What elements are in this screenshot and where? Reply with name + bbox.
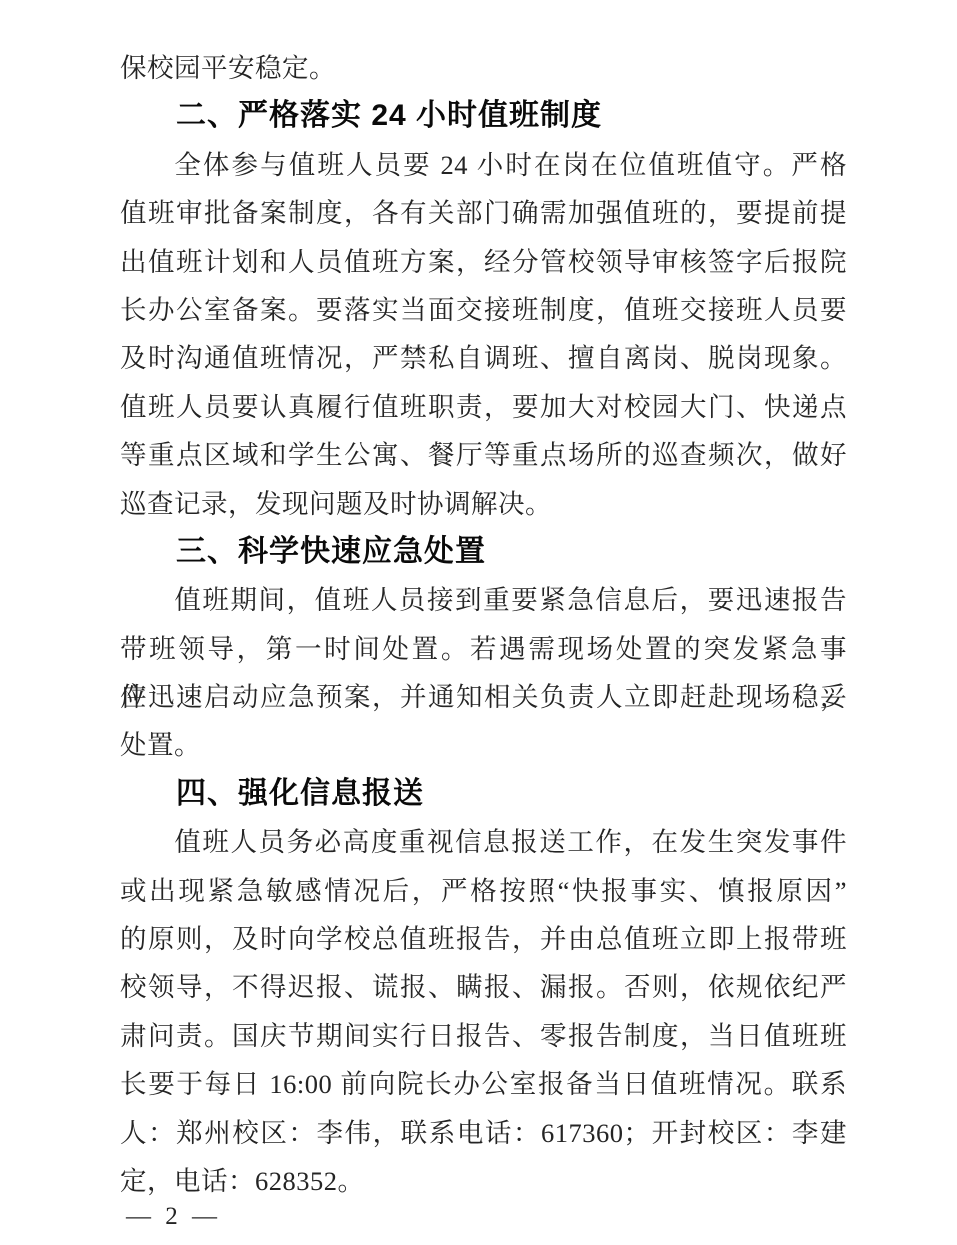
section-heading: 四、强化信息报送 — [120, 770, 847, 818]
text-line: 肃问责。国庆节期间实行日报告、零报告制度，当日值班班 — [120, 1012, 847, 1060]
text-line: 长办公室备案。要落实当面交接班制度，值班交接班人员要 — [120, 286, 847, 334]
document-page: 保校园平安稳定。二、严格落实 24 小时值班制度全体参与值班人员要 24 小时在… — [0, 0, 957, 1245]
section-heading: 二、严格落实 24 小时值班制度 — [120, 92, 847, 140]
text-line: 带班领导，第一时间处置。若遇需现场处置的突发紧急事件， — [120, 625, 847, 673]
text-line: 长要于每日 16:00 前向院长办公室报备当日值班情况。联系 — [120, 1060, 847, 1108]
text-line: 值班人员务必高度重视信息报送工作，在发生突发事件 — [120, 818, 847, 866]
text-line: 或出现紧急敏感情况后，严格按照“快报事实、慎报原因” — [120, 867, 847, 915]
text-line: 应迅速启动应急预案，并通知相关负责人立即赶赴现场稳妥 — [120, 673, 847, 721]
text-line: 值班审批备案制度，各有关部门确需加强值班的，要提前提 — [120, 189, 847, 237]
page-number: — 2 — — [126, 1197, 221, 1237]
text-line: 处置。 — [120, 721, 847, 769]
text-line: 保校园平安稳定。 — [120, 44, 847, 92]
text-line: 人：郑州校区：李伟，联系电话：617360；开封校区：李建 — [120, 1109, 847, 1157]
text-line: 巡查记录，发现问题及时协调解决。 — [120, 480, 847, 528]
text-line: 及时沟通值班情况，严禁私自调班、擅自离岗、脱岗现象。 — [120, 334, 847, 382]
text-line: 值班期间，值班人员接到重要紧急信息后，要迅速报告 — [120, 576, 847, 624]
document-body: 保校园平安稳定。二、严格落实 24 小时值班制度全体参与值班人员要 24 小时在… — [120, 44, 847, 1205]
text-line: 出值班计划和人员值班方案，经分管校领导审核签字后报院 — [120, 238, 847, 286]
section-heading: 三、科学快速应急处置 — [120, 528, 847, 576]
text-line: 校领导，不得迟报、谎报、瞒报、漏报。否则，依规依纪严 — [120, 963, 847, 1011]
text-line: 值班人员要认真履行值班职责，要加大对校园大门、快递点 — [120, 383, 847, 431]
text-line: 等重点区域和学生公寓、餐厅等重点场所的巡查频次，做好 — [120, 431, 847, 479]
text-line: 的原则，及时向学校总值班报告，并由总值班立即上报带班 — [120, 915, 847, 963]
text-line: 定，电话：628352。 — [120, 1157, 847, 1205]
text-line: 全体参与值班人员要 24 小时在岗在位值班值守。严格 — [120, 141, 847, 189]
